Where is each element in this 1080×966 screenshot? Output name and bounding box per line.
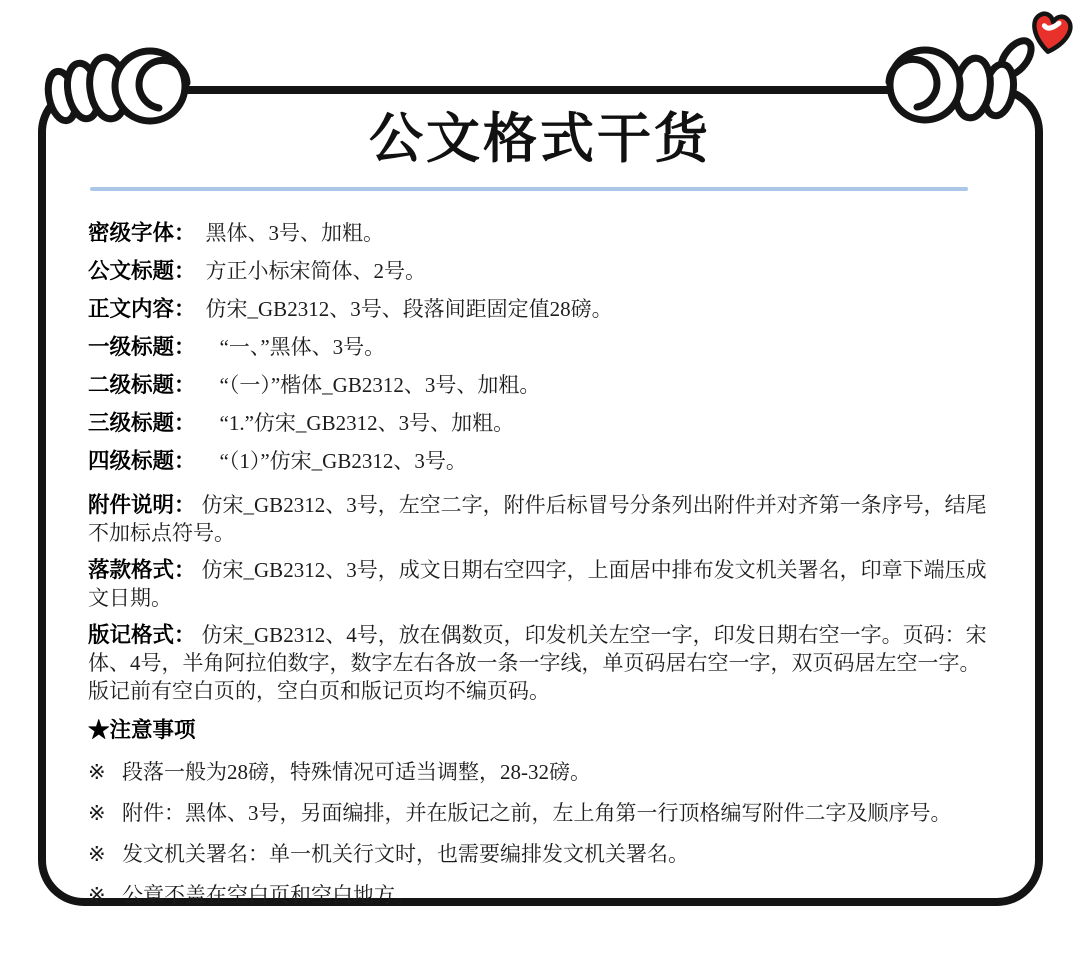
rule-row: 密级字体：黑体、3号、加粗。 (88, 216, 990, 254)
rule-text: “1.”仿宋_GB2312、3号、加粗。 (220, 407, 515, 437)
title-divider (90, 187, 968, 191)
paragraph-text: 仿宋_GB2312、4号，放在偶数页，印发机关左空一字，印发日期右空一字。页码：… (88, 623, 987, 703)
paragraph-label: 落款格式： (88, 558, 196, 582)
rule-label: 二级标题： (88, 368, 196, 399)
rule-label: 密级字体： (88, 216, 196, 247)
note-text: 发文机关署名：单一机关行文时，也需要编排发文机关署名。 (122, 840, 689, 868)
paragraphs-list: 附件说明：仿宋_GB2312、3号，左空二字，附件后标冒号分条列出附件并对齐第一… (88, 491, 990, 705)
paragraph-text: 仿宋_GB2312、3号，成文日期右空四字，上面居中排布发文机关署名，印章下端压… (88, 558, 987, 610)
paragraph-label: 版记格式： (88, 623, 196, 647)
paragraph-text: 仿宋_GB2312、3号，左空二字，附件后标冒号分条列出附件并对齐第一条序号，结… (88, 493, 987, 545)
note-item: ※段落一般为28磅，特殊情况可适当调整，28-32磅。 (88, 758, 990, 786)
rule-text: “一、”黑体、3号。 (220, 331, 386, 361)
rule-text: “（一）”楷体_GB2312、3号、加粗。 (220, 369, 541, 399)
paragraph: 附件说明：仿宋_GB2312、3号，左空二字，附件后标冒号分条列出附件并对齐第一… (88, 491, 990, 547)
paragraph: 版记格式：仿宋_GB2312、4号，放在偶数页，印发机关左空一字，印发日期右空一… (88, 621, 990, 705)
note-marker: ※ (88, 758, 122, 786)
rules-list: 密级字体：黑体、3号、加粗。公文标题：方正小标宋简体、2号。正文内容：仿宋_GB… (88, 216, 990, 482)
rule-row: 正文内容：仿宋_GB2312、3号、段落间距固定值28磅。 (88, 292, 990, 330)
note-item: ※发文机关署名：单一机关行文时，也需要编排发文机关署名。 (88, 840, 990, 868)
note-marker: ※ (88, 881, 122, 909)
content: 密级字体：黑体、3号、加粗。公文标题：方正小标宋简体、2号。正文内容：仿宋_GB… (88, 216, 990, 909)
rule-row: 公文标题：方正小标宋简体、2号。 (88, 254, 990, 292)
heart-icon (1026, 8, 1076, 60)
rule-label: 四级标题： (88, 444, 196, 475)
notes-heading: ★注意事项 (88, 715, 990, 745)
note-item: ※公章不盖在空白页和空白地方。 (88, 881, 990, 909)
rule-text: 黑体、3号、加粗。 (206, 217, 385, 247)
note-item: ※附件：黑体、3号，另面编排，并在版记之前，左上角第一行顶格编写附件二字及顺序号… (88, 799, 990, 827)
rule-text: 方正小标宋简体、2号。 (206, 255, 427, 285)
rule-row: 一级标题：“一、”黑体、3号。 (88, 330, 990, 368)
paragraph: 落款格式：仿宋_GB2312、3号，成文日期右空四字，上面居中排布发文机关署名，… (88, 556, 990, 612)
note-text: 公章不盖在空白页和空白地方。 (122, 881, 416, 909)
note-text: 附件：黑体、3号，另面编排，并在版记之前，左上角第一行顶格编写附件二字及顺序号。 (122, 799, 952, 827)
rule-row: 二级标题：“（一）”楷体_GB2312、3号、加粗。 (88, 368, 990, 406)
rule-row: 四级标题：“（1）”仿宋_GB2312、3号。 (88, 444, 990, 482)
rule-label: 一级标题： (88, 330, 196, 361)
rule-label: 正文内容： (88, 292, 196, 323)
paragraph-label: 附件说明： (88, 493, 196, 517)
poster: 公文格式干货 密级字体：黑体、3号、加粗。公文标题：方正小标宋简体、2号。正文内… (0, 0, 1080, 966)
note-text: 段落一般为28磅，特殊情况可适当调整，28-32磅。 (122, 758, 591, 786)
notes-list: ※段落一般为28磅，特殊情况可适当调整，28-32磅。※附件：黑体、3号，另面编… (88, 758, 990, 909)
note-marker: ※ (88, 840, 122, 868)
rule-text: “（1）”仿宋_GB2312、3号。 (220, 445, 467, 475)
rule-label: 三级标题： (88, 406, 196, 437)
page-title: 公文格式干货 (0, 96, 1080, 173)
rule-label: 公文标题： (88, 254, 196, 285)
rule-row: 三级标题：“1.”仿宋_GB2312、3号、加粗。 (88, 406, 990, 444)
rule-text: 仿宋_GB2312、3号、段落间距固定值28磅。 (206, 293, 613, 323)
note-marker: ※ (88, 799, 122, 827)
